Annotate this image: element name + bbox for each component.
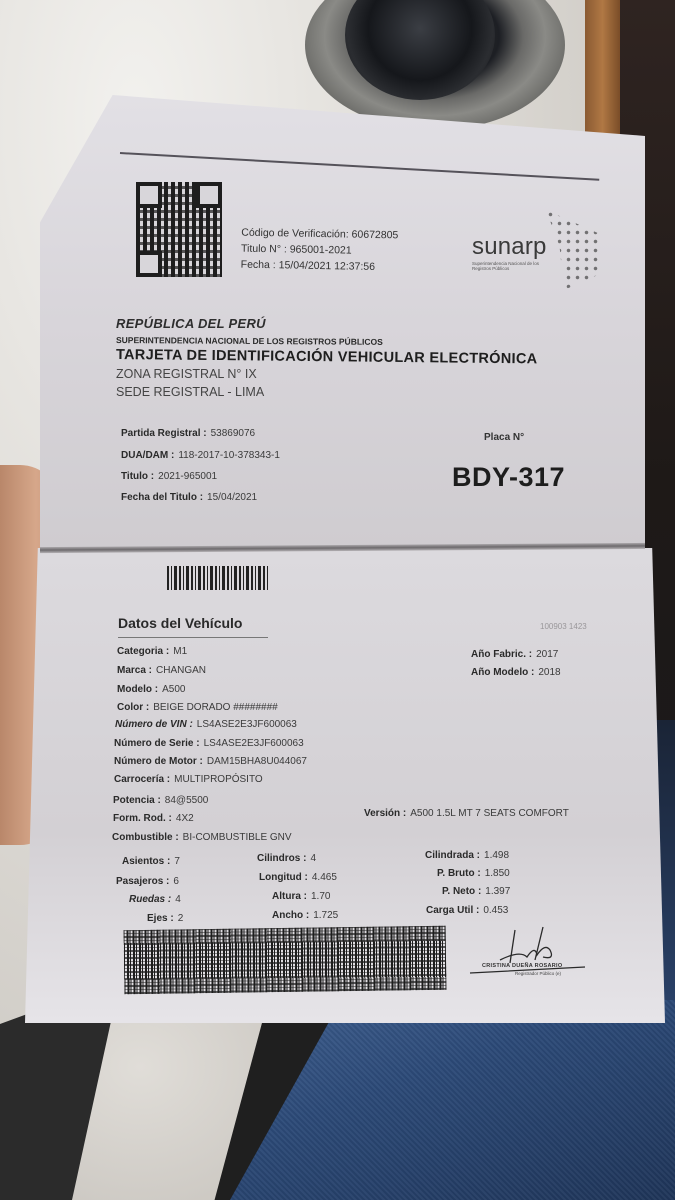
zona-registral: ZONA REGISTRAL N° IX [116, 367, 257, 381]
anio-modelo-field: Año Modelo :2018 [471, 667, 561, 678]
potencia-field: Potencia :84@5500 [113, 795, 208, 806]
sede-registral: SEDE REGISTRAL - LIMA [116, 385, 264, 399]
altura-field: Altura :1.70 [272, 891, 330, 902]
partida-field: Partida Registral :53869076 [121, 428, 255, 439]
vin-field: Número de VIN :LS4ASE2E3JF600063 [115, 719, 297, 730]
titulo-field: Titulo :2021-965001 [121, 471, 217, 482]
ruedas-field: Ruedas :4 [129, 894, 181, 905]
marca-field: Marca :CHANGAN [117, 665, 206, 676]
p-bruto-field: P. Bruto :1.850 [437, 868, 510, 879]
cilindrada-field: Cilindrada :1.498 [425, 850, 509, 861]
asientos-field: Asientos :7 [122, 856, 180, 867]
verification-code-label: Código de Verificación: [241, 227, 349, 241]
fecha-label: Fecha : [241, 259, 276, 272]
fecha-titulo-field: Fecha del Titulo :15/04/2021 [121, 492, 257, 503]
carga-util-field: Carga Util :0.453 [426, 905, 508, 916]
fecha-value: 15/04/2021 12:37:56 [279, 259, 376, 273]
modelo-field: Modelo :A500 [117, 684, 185, 695]
version-field: Versión :A500 1.5L MT 7 SEATS COMFORT [364, 808, 569, 819]
serie-field: Número de Serie :LS4ASE2E3JF600063 [114, 738, 304, 749]
signatory-title: Registrador Público (e) [515, 971, 561, 976]
signatory-name: CRISTINA DUEÑA ROSARIO [482, 963, 562, 969]
anio-fabric-field: Año Fabric. :2017 [471, 649, 558, 660]
placa-label: Placa N° [484, 432, 524, 443]
categoria-field: Categoria :M1 [117, 646, 187, 657]
country-heading: REPÚBLICA DEL PERÚ [116, 316, 266, 331]
ejes-field: Ejes :2 [147, 913, 183, 924]
dua-field: DUA/DAM :118-2017-10-378343-1 [121, 450, 280, 461]
section-underline [118, 637, 268, 638]
vehicle-section-title: Datos del Vehículo [118, 615, 242, 631]
titulo-number-label: Titulo N° : [241, 243, 287, 256]
sunarp-logo-text: sunarp [472, 233, 547, 261]
small-barcode [167, 566, 270, 590]
combustible-field: Combustible :BI-COMBUSTIBLE GNV [112, 832, 292, 843]
faint-code: 100903 1423 [540, 622, 587, 631]
titulo-number: 965001-2021 [290, 243, 352, 256]
longitud-field: Longitud :4.465 [259, 872, 337, 883]
verification-block: Código de Verificación: 60672805 Titulo … [241, 225, 399, 276]
ancho-field: Ancho :1.725 [272, 910, 338, 921]
form-rod-field: Form. Rod. :4X2 [113, 813, 194, 824]
qr-code [136, 182, 222, 277]
agency-heading: SUPERINTENDENCIA NACIONAL DE LOS REGISTR… [116, 335, 383, 347]
pdf417-barcode [124, 926, 447, 994]
sunarp-logo: sunarp Superintendencia Nacional de los … [472, 233, 547, 271]
color-field: Color :BEIGE DORADO ######## [117, 702, 278, 713]
placa-number: BDY-317 [452, 462, 565, 493]
carroceria-field: Carrocería :MULTIPROPÓSITO [114, 774, 263, 785]
motor-field: Número de Motor :DAM15BHA8U044067 [114, 756, 307, 767]
pasajeros-field: Pasajeros :6 [116, 876, 179, 887]
verification-code: 60672805 [351, 229, 398, 242]
p-neto-field: P. Neto :1.397 [442, 886, 510, 897]
sunarp-logo-subtitle: Superintendencia Nacional de los Registr… [472, 261, 542, 271]
cilindros-field: Cilindros :4 [257, 853, 316, 864]
